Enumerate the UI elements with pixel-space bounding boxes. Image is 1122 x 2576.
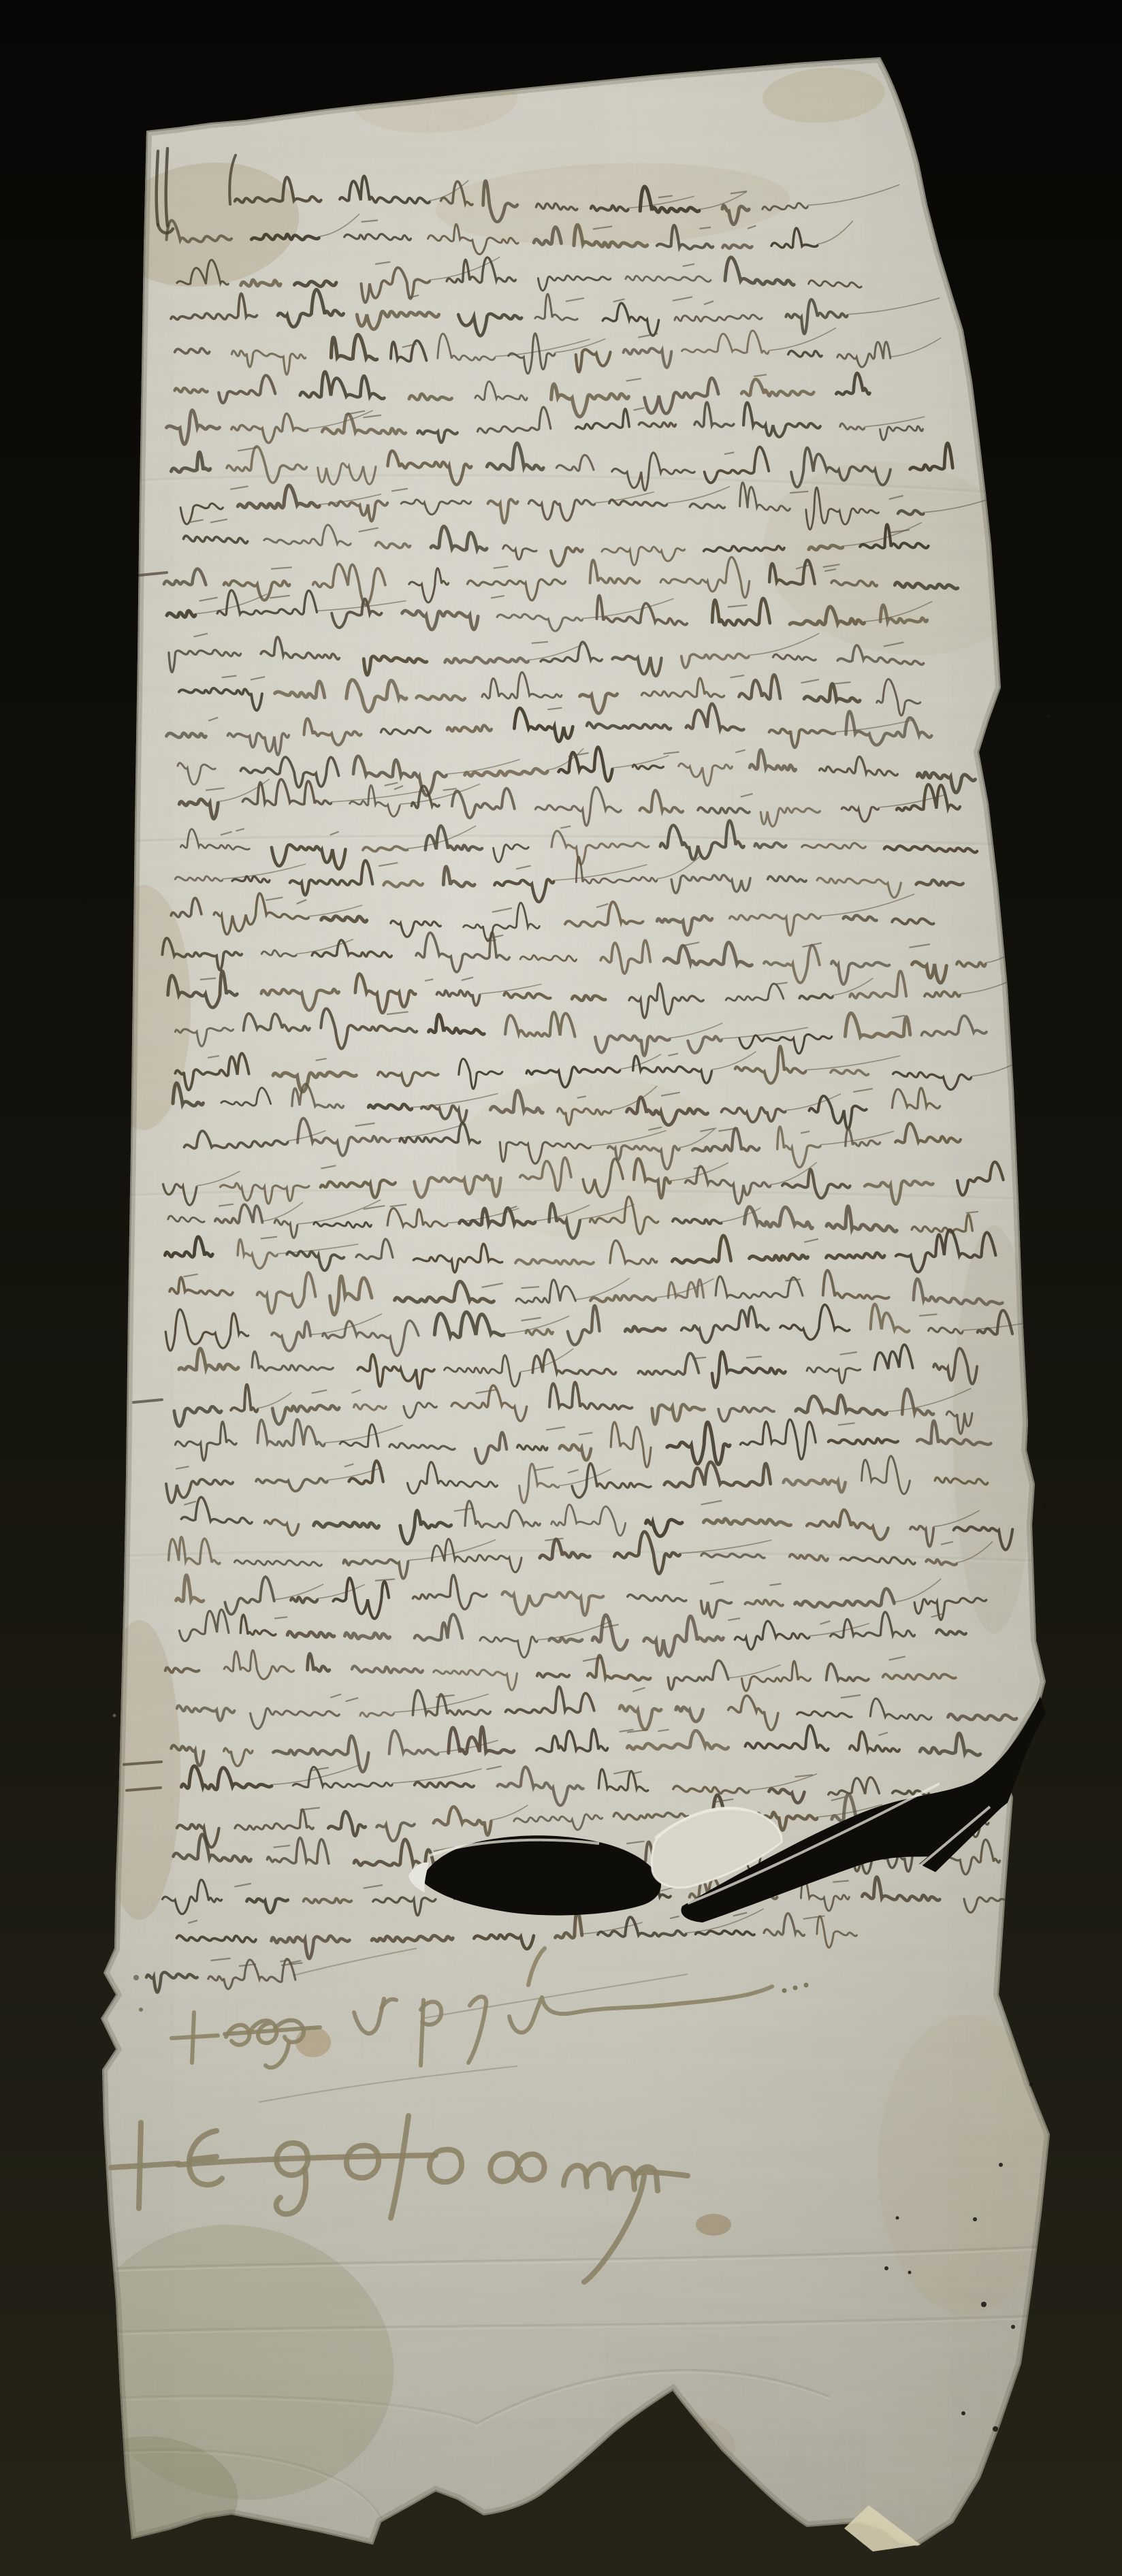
manuscript-photograph: Photograph of a damaged late-medieval pa… <box>0 0 1122 2576</box>
parchment-scan-svg <box>0 0 1122 2576</box>
parchment-sheet <box>0 0 1122 2576</box>
